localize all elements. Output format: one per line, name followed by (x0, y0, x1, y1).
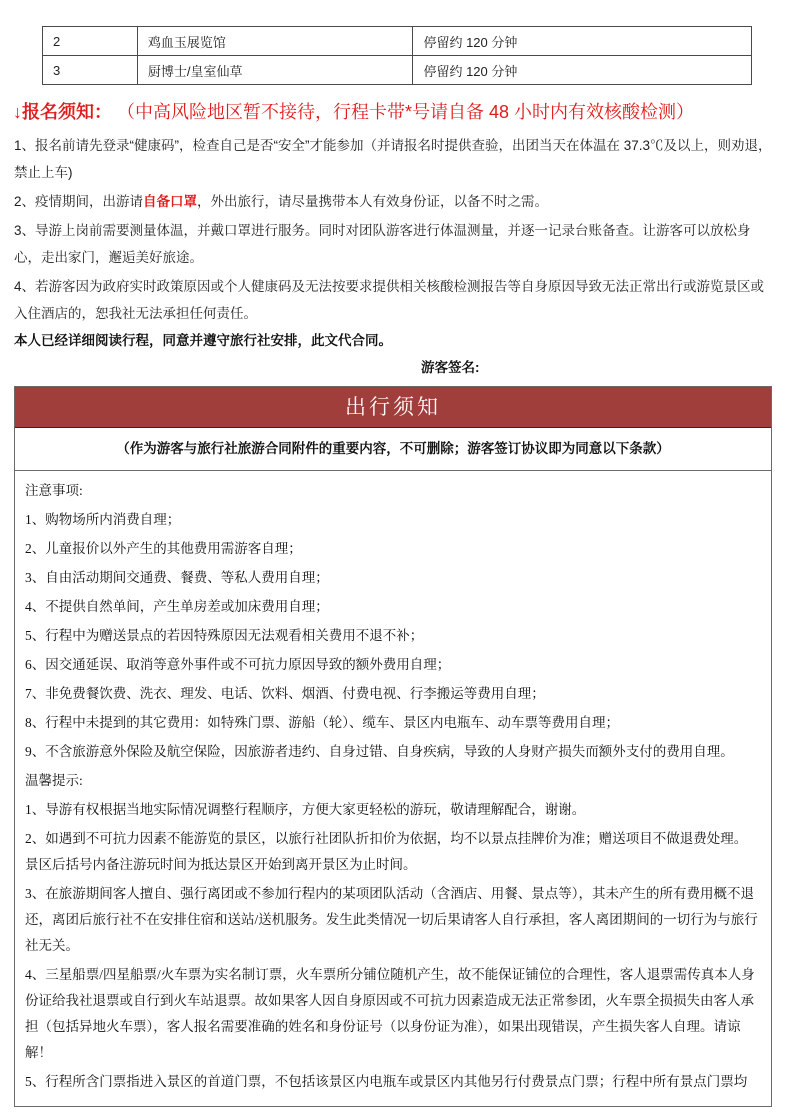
tip-item: 5、行程所含门票指进入景区的首道门票，不包括该景区内电瓶车或景区内其他另行付费景… (25, 1069, 759, 1095)
tourist-signature-label: 游客签名: (421, 356, 790, 379)
table-row: 2 鸡血玉展览馆 停留约 120 分钟 (43, 27, 752, 56)
signup-notice-title-note: （中高风险地区暂不接待，行程卡带*号请自备 48 小时内有效核酸检测） (117, 102, 694, 122)
attention-item: 5、行程中为赠送景点的若因特殊原因无法观看相关费用不退不补； (25, 623, 759, 649)
attention-item: 9、不含旅游意外保险及航空保险，因旅游者违约、自身过错、自身疾病，导致的人身财产… (25, 739, 759, 765)
signup-item-2-suffix: ，外出旅行，请尽量携带本人有效身份证，以备不时之需。 (197, 194, 548, 209)
signup-item-1: 1、报名前请先登录“健康码”，检查自己是否“安全”才能参加（并请报名时提供查验，… (14, 132, 774, 186)
attraction-name-cell: 厨博士/皇室仙草 (137, 56, 413, 85)
signup-item-4: 4、若游客因为政府实时政策原因或个人健康码及无法按要求提供相关核酸检测报告等自身… (14, 273, 774, 327)
attention-item: 3、自由活动期间交通费、餐费、等私人费用自理； (25, 565, 759, 591)
tip-item: 2、如遇到不可抗力因素不能游览的景区，以旅行社团队折扣价为依据，均不以景点挂牌价… (25, 826, 759, 878)
stay-duration-cell: 停留约 120 分钟 (413, 56, 752, 85)
travel-notice-banner: 出行须知 (15, 387, 771, 428)
signup-item-2-prefix: 2、疫情期间，出游请 (14, 194, 143, 209)
signup-notice-title: ↓报名须知： (13, 102, 112, 122)
attention-section-title: 注意事项: (25, 478, 759, 504)
signup-notice-list: 1、报名前请先登录“健康码”，检查自己是否“安全”才能参加（并请报名时提供查验，… (14, 132, 774, 327)
travel-notice-box: 出行须知 （作为游客与旅行社旅游合同附件的重要内容，不可删除；游客签订协议即为同… (14, 386, 772, 1107)
travel-notice-subnote: （作为游客与旅行社旅游合同附件的重要内容，不可删除；游客签订协议即为同意以下条款… (15, 428, 771, 471)
tip-item: 3、在旅游期间客人擅自、强行离团或不参加行程内的某项团队活动（含酒店、用餐、景点… (25, 881, 759, 959)
agreement-statement: 本人已经详细阅读行程，同意并遵守旅行社安排，此文代合同。 (14, 329, 774, 353)
attention-item: 8、行程中未提到的其它费用：如特殊门票、游船（轮）、缆车、景区内电瓶车、动车票等… (25, 710, 759, 736)
signup-item-2: 2、疫情期间，出游请自备口罩，外出旅行，请尽量携带本人有效身份证，以备不时之需。 (14, 188, 774, 215)
row-number-cell: 3 (43, 56, 138, 85)
attention-item: 7、非免费餐饮费、洗衣、理发、电话、饮料、烟酒、付费电视、行李搬运等费用自理； (25, 681, 759, 707)
row-number-cell: 2 (43, 27, 138, 56)
stay-duration-cell: 停留约 120 分钟 (413, 27, 752, 56)
attention-item: 4、不提供自然单间，产生单房差或加床费用自理； (25, 594, 759, 620)
signup-item-3: 3、导游上岗前需要测量体温，并戴口罩进行服务。同时对团队游客进行体温测量，并逐一… (14, 217, 774, 271)
attraction-name-cell: 鸡血玉展览馆 (137, 27, 413, 56)
travel-notice-content: 注意事项: 1、购物场所内消费自理； 2、儿童报价以外产生的其他费用需游客自理；… (15, 471, 771, 1106)
signup-notice-heading: ↓报名须知： （中高风险地区暂不接待，行程卡带*号请自备 48 小时内有效核酸检… (13, 100, 790, 124)
tips-section-title: 温馨提示: (25, 768, 759, 794)
attention-item: 1、购物场所内消费自理； (25, 507, 759, 533)
table-row: 3 厨博士/皇室仙草 停留约 120 分钟 (43, 56, 752, 85)
attention-item: 6、因交通延误、取消等意外事件或不可抗力原因导致的额外费用自理； (25, 652, 759, 678)
tip-item: 1、导游有权根据当地实际情况调整行程顺序，方便大家更轻松的游玩，敬请理解配合，谢… (25, 797, 759, 823)
attention-item: 2、儿童报价以外产生的其他费用需游客自理； (25, 536, 759, 562)
mask-highlight: 自备口罩 (143, 194, 197, 209)
tip-item: 4、三星船票/四星船票/火车票为实名制订票，火车票所分铺位随机产生，故不能保证铺… (25, 962, 759, 1066)
itinerary-table: 2 鸡血玉展览馆 停留约 120 分钟 3 厨博士/皇室仙草 停留约 120 分… (42, 26, 752, 85)
